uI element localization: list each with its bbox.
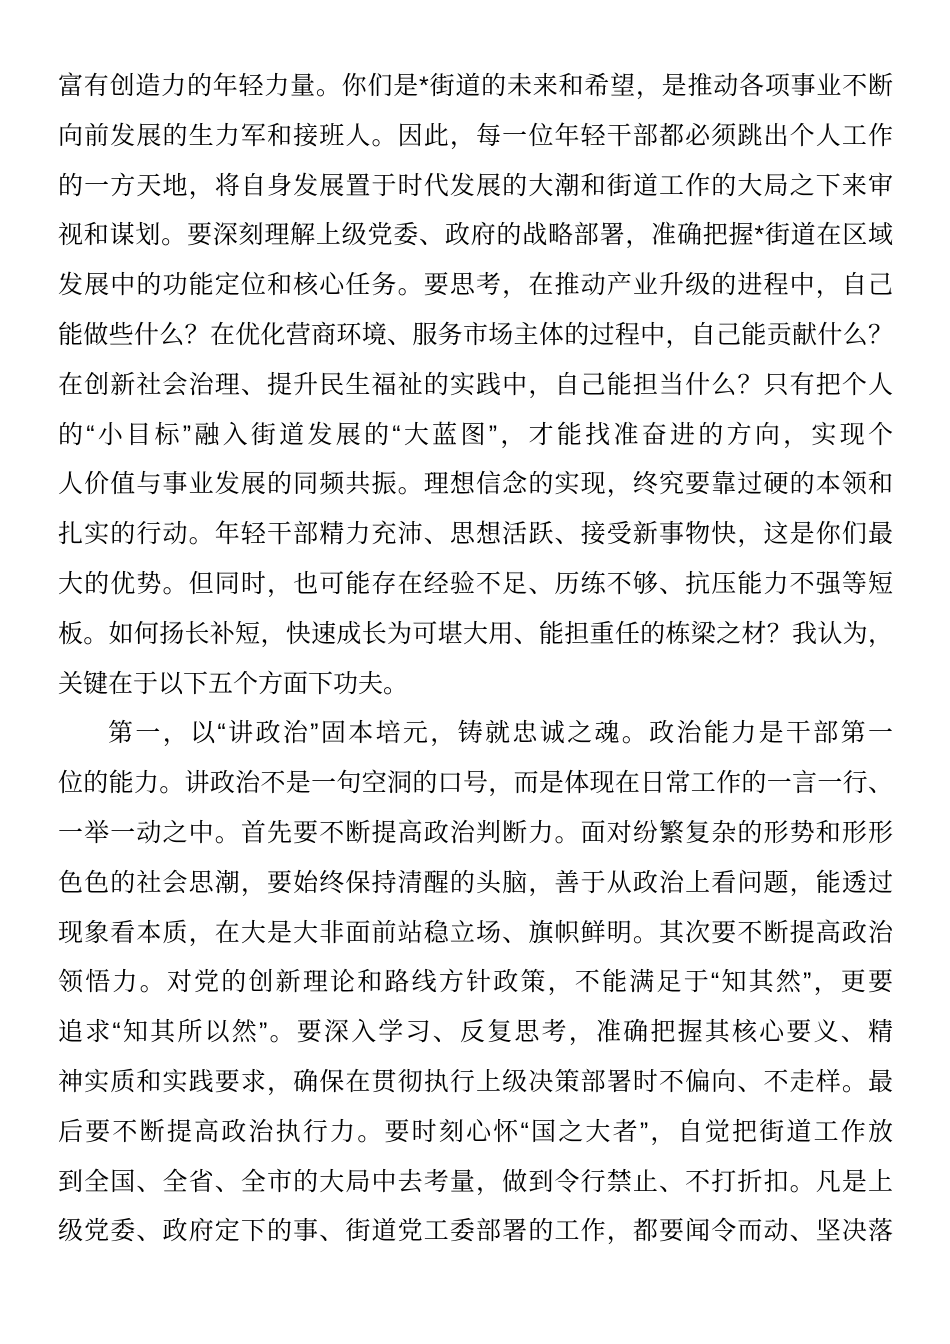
text-line: 到全国、全省、全市的大局中去考量，做到令行禁止、不打折扣。凡是上 bbox=[58, 1158, 893, 1208]
text-line: 后要不断提高政治执行力。要时刻心怀“国之大者”，自觉把街道工作放 bbox=[58, 1108, 893, 1158]
text-line: 领悟力。对党的创新理论和路线方针政策，不能满足于“知其然”，更要 bbox=[58, 958, 893, 1008]
document-page: 富有创造力的年轻力量。你们是*街道的未来和希望，是推动各项事业不断 向前发展的生… bbox=[0, 0, 950, 1344]
text-line: 一举一动之中。首先要不断提高政治判断力。面对纷繁复杂的形势和形形 bbox=[58, 809, 893, 859]
text-line: 位的能力。讲政治不是一句空洞的口号，而是体现在日常工作的一言一行、 bbox=[58, 759, 893, 809]
text-line: 能做些什么？在优化营商环境、服务市场主体的过程中，自己能贡献什么？ bbox=[58, 311, 893, 361]
text-line: 色色的社会思潮，要始终保持清醒的头脑，善于从政治上看问题，能透过 bbox=[58, 859, 893, 909]
text-line: 富有创造力的年轻力量。你们是*街道的未来和希望，是推动各项事业不断 bbox=[58, 62, 893, 112]
text-line: 人价值与事业发展的同频共振。理想信念的实现，终究要靠过硬的本领和 bbox=[58, 460, 893, 510]
text-line: 的“小目标”融入街道发展的“大蓝图”，才能找准奋进的方向，实现个 bbox=[58, 411, 893, 461]
paragraph-2: 第一，以“讲政治”固本培元，铸就忠诚之魂。政治能力是干部第一 位的能力。讲政治不… bbox=[58, 709, 893, 1257]
text-line: 大的优势。但同时，也可能存在经验不足、历练不够、抗压能力不强等短 bbox=[58, 560, 893, 610]
paragraph-1: 富有创造力的年轻力量。你们是*街道的未来和希望，是推动各项事业不断 向前发展的生… bbox=[58, 62, 893, 709]
text-line: 级党委、政府定下的事、街道党工委部署的工作，都要闻令而动、坚决落 bbox=[58, 1207, 893, 1257]
text-line: 向前发展的生力军和接班人。因此，每一位年轻干部都必须跳出个人工作 bbox=[58, 112, 893, 162]
text-line: 发展中的功能定位和核心任务。要思考，在推动产业升级的进程中，自己 bbox=[58, 261, 893, 311]
text-line: 板。如何扬长补短，快速成长为可堪大用、能担重任的栋梁之材？我认为， bbox=[58, 610, 893, 660]
text-line: 追求“知其所以然”。要深入学习、反复思考，准确把握其核心要义、精 bbox=[58, 1008, 893, 1058]
text-line: 关键在于以下五个方面下功夫。 bbox=[58, 660, 893, 710]
text-line: 扎实的行动。年轻干部精力充沛、思想活跃、接受新事物快，这是你们最 bbox=[58, 510, 893, 560]
text-line: 神实质和实践要求，确保在贯彻执行上级决策部署时不偏向、不走样。最 bbox=[58, 1058, 893, 1108]
text-line: 视和谋划。要深刻理解上级党委、政府的战略部署，准确把握*街道在区域 bbox=[58, 211, 893, 261]
text-line: 在创新社会治理、提升民生福祉的实践中，自己能担当什么？只有把个人 bbox=[58, 361, 893, 411]
text-line: 现象看本质，在大是大非面前站稳立场、旗帜鲜明。其次要不断提高政治 bbox=[58, 909, 893, 959]
text-line: 第一，以“讲政治”固本培元，铸就忠诚之魂。政治能力是干部第一 bbox=[58, 709, 893, 759]
text-line: 的一方天地，将自身发展置于时代发展的大潮和街道工作的大局之下来审 bbox=[58, 162, 893, 212]
